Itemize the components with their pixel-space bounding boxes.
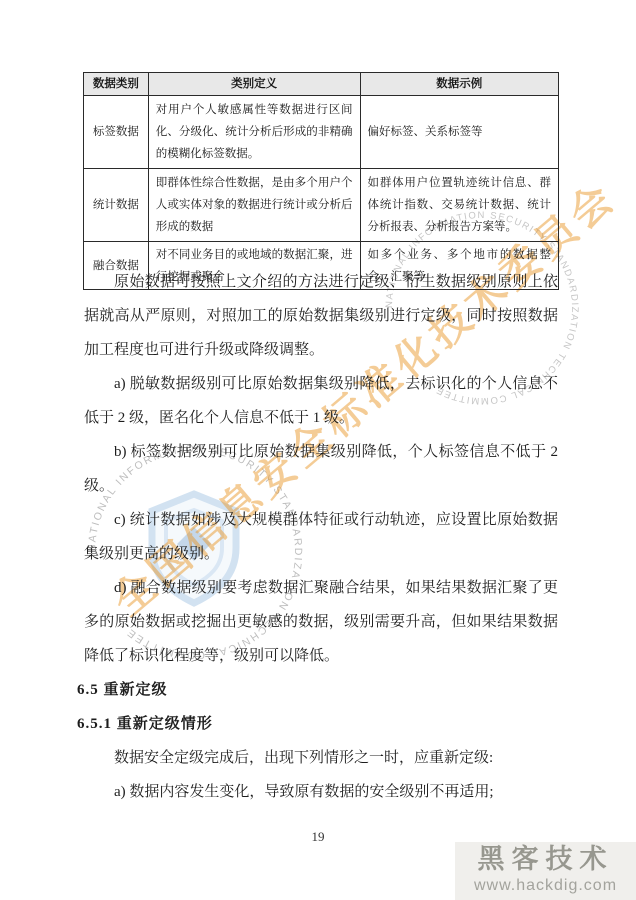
header-data-category: 数据类别 <box>84 73 149 96</box>
cell-definition: 对用户个人敏感属性等数据进行区间化、分级化、统计分析后形成的非精确的模糊化标签数… <box>148 96 360 169</box>
cell-example: 如群体用户位置轨迹统计信息、群体统计指数、交易统计数据、统计分析报表、分析报告方… <box>360 169 558 242</box>
cell-category: 标签数据 <box>84 96 149 169</box>
reclassify-intro: 数据安全定级完成后，出现下列情形之一时，应重新定级: <box>84 741 558 775</box>
data-category-table: 数据类别 类别定义 数据示例 标签数据 对用户个人敏感属性等数据进行区间化、分级… <box>83 72 559 290</box>
hackdig-badge: 黑客技术 www.hackdig.com <box>455 842 636 900</box>
paragraph-derived-data: 原始数据可按照上文介绍的方法进行定级、衍生数据级别原则上依据就高从严原则，对照加… <box>84 265 558 367</box>
list-item-d-fused: d) 融合数据级别要考虑数据汇聚融合结果，如果结果数据汇聚了更多的原始数据或挖掘… <box>84 571 558 673</box>
cell-example: 偏好标签、关系标签等 <box>360 96 558 169</box>
document-page: NATIONAL INFORMATION SECURITY STANDARDIZ… <box>0 0 636 900</box>
hackdig-url: www.hackdig.com <box>455 876 636 895</box>
cell-definition: 即群体性综合性数据，是由多个用户个人或实体对象的数据进行统计或分析后形成的数据 <box>148 169 360 242</box>
heading-6-5-1: 6.5.1 重新定级情形 <box>77 707 558 741</box>
header-category-definition: 类别定义 <box>148 73 360 96</box>
table-header-row: 数据类别 类别定义 数据示例 <box>84 73 559 96</box>
heading-6-5: 6.5 重新定级 <box>77 673 558 707</box>
header-data-example: 数据示例 <box>360 73 558 96</box>
hackdig-title: 黑客技术 <box>455 843 636 876</box>
cell-category: 统计数据 <box>84 169 149 242</box>
reclassify-item-a: a) 数据内容发生变化，导致原有数据的安全级别不再适用; <box>84 775 558 809</box>
list-item-c-statistical: c) 统计数据如涉及大规模群体特征或行动轨迹，应设置比原始数据集级别更高的级别。 <box>84 503 558 571</box>
list-item-b-label: b) 标签数据级别可比原始数据集级别降低，个人标签信息不低于 2 级。 <box>84 435 558 503</box>
table-row-statistical-data: 统计数据 即群体性综合性数据，是由多个用户个人或实体对象的数据进行统计或分析后形… <box>84 169 559 242</box>
list-item-a-desensitized: a) 脱敏数据级别可比原始数据集级别降低，去标识化的个人信息不低于 2 级，匿名… <box>84 367 558 435</box>
body-content: 原始数据可按照上文介绍的方法进行定级、衍生数据级别原则上依据就高从严原则，对照加… <box>84 265 558 809</box>
table-row-label-data: 标签数据 对用户个人敏感属性等数据进行区间化、分级化、统计分析后形成的非精确的模… <box>84 96 559 169</box>
